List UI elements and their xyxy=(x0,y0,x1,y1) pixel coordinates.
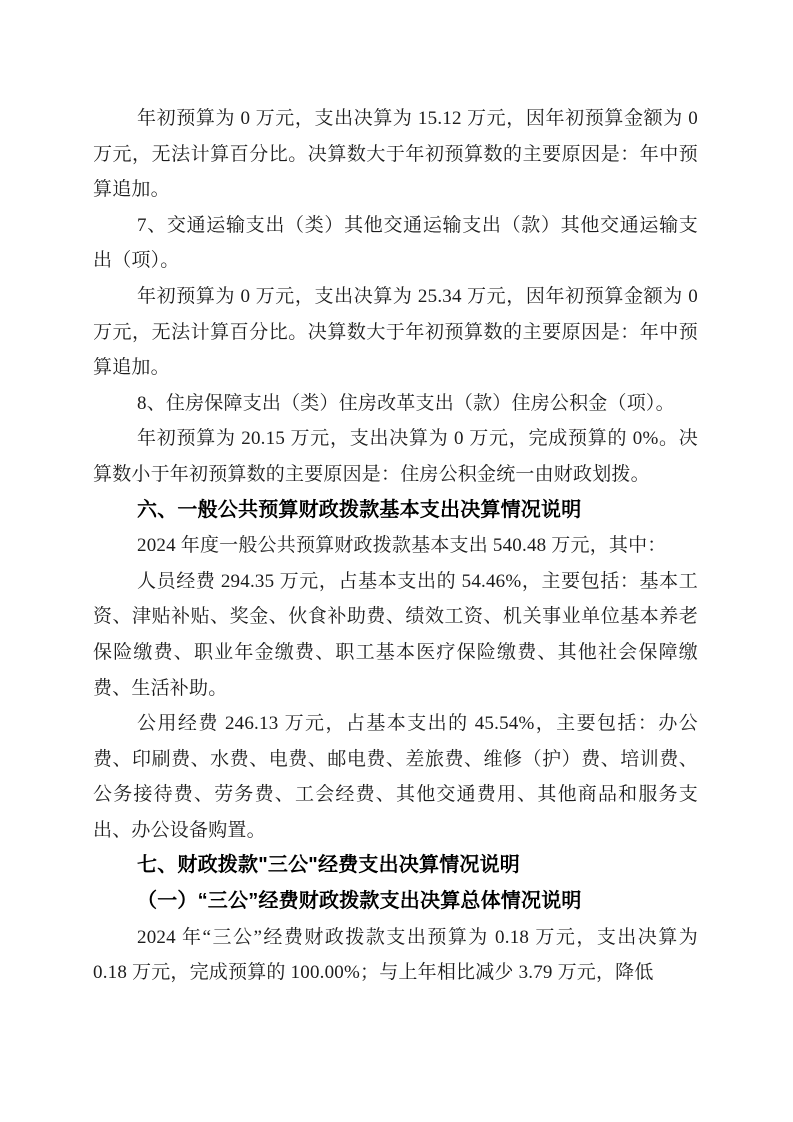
para-personnel-funds: 人员经费 294.35 万元，占基本支出的 54.46%，主要包括：基本工资、津… xyxy=(93,564,698,706)
para-item-7-transport-expenditure: 7、交通运输支出（类）其他交通运输支出（款）其他交通运输支出（项）。 xyxy=(93,208,698,279)
heading-section-6-basic-expenditure: 六、一般公共预算财政拨款基本支出决算情况说明 xyxy=(93,493,698,529)
para-public-funds: 公用经费 246.13 万元，占基本支出的 45.54%，主要包括：办公费、印刷… xyxy=(93,706,698,848)
para-item6-budget-explanation: 年初预算为 0 万元，支出决算为 15.12 万元，因年初预算金额为 0 万元，… xyxy=(93,101,698,208)
para-item-8-housing-expenditure: 8、住房保障支出（类）住房改革支出（款）住房公积金（项）。 xyxy=(93,386,698,422)
para-item-7-budget-explanation: 年初预算为 0 万元，支出决算为 25.34 万元，因年初预算金额为 0 万元，… xyxy=(93,279,698,386)
para-basic-expenditure-total: 2024 年度一般公共预算财政拨款基本支出 540.48 万元，其中： xyxy=(93,528,698,564)
document-page: 年初预算为 0 万元，支出决算为 15.12 万元，因年初预算金额为 0 万元，… xyxy=(0,0,793,1122)
para-three-public-funds-overview: 2024 年“三公”经费财政拨款支出预算为 0.18 万元，支出决算为 0.18… xyxy=(93,920,698,991)
heading-section-7-1-overview: （一）“三公”经费财政拨款支出决算总体情况说明 xyxy=(93,884,698,920)
para-item-8-budget-explanation: 年初预算为 20.15 万元，支出决算为 0 万元，完成预算的 0%。决算数小于… xyxy=(93,421,698,492)
heading-section-7-three-public-funds: 七、财政拨款"三公"经费支出决算情况说明 xyxy=(93,848,698,884)
